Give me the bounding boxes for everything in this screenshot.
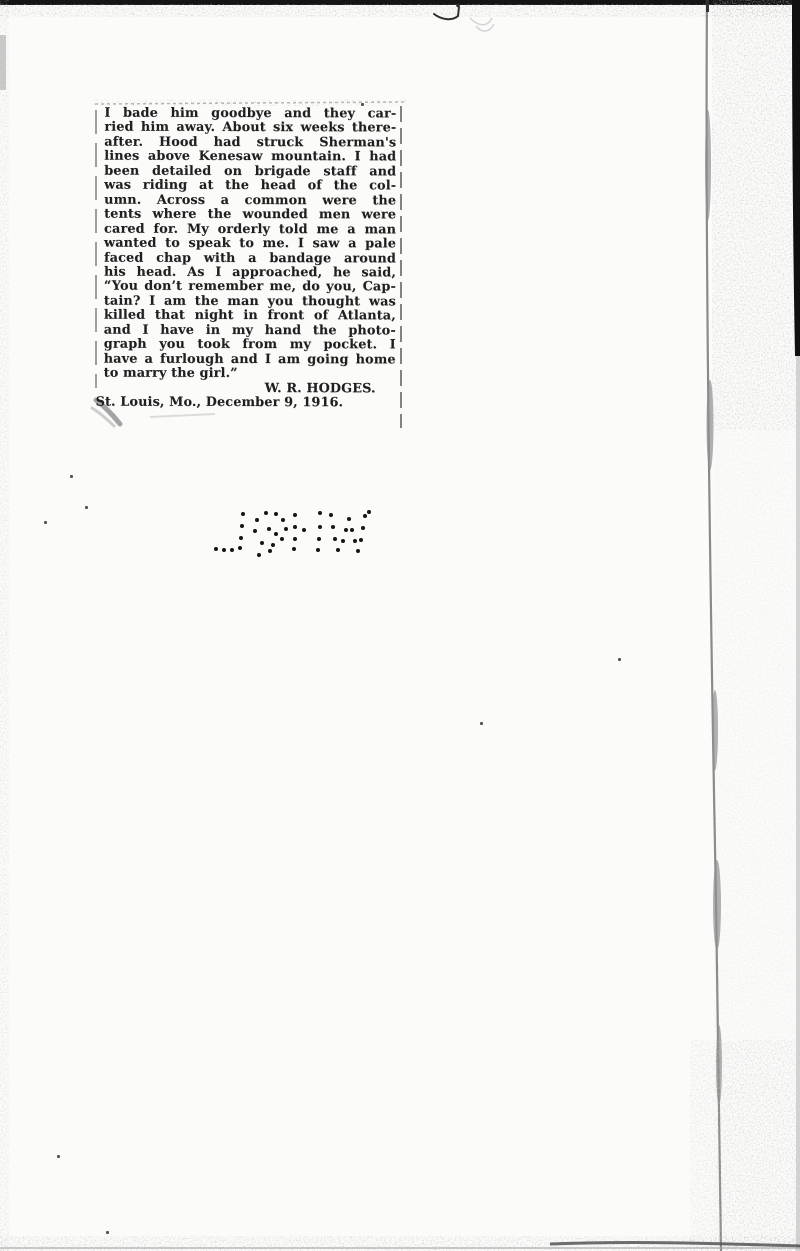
speck bbox=[618, 658, 621, 661]
right-scan-edge bbox=[792, 0, 800, 356]
stamp-dot bbox=[214, 547, 218, 551]
stamp-dot bbox=[316, 548, 320, 552]
stamp-dot bbox=[293, 513, 297, 517]
stamp-dot bbox=[331, 525, 335, 529]
stamp-dot bbox=[292, 547, 296, 551]
stamp-dot bbox=[257, 553, 261, 557]
stamp-dot bbox=[363, 514, 367, 518]
stamp-dot bbox=[271, 543, 275, 547]
ink-smudge-light bbox=[92, 408, 114, 426]
stamp-dot bbox=[274, 512, 278, 516]
stamp-dot bbox=[253, 529, 257, 533]
speck bbox=[70, 475, 73, 478]
stamp-dot bbox=[318, 525, 322, 529]
speck bbox=[480, 722, 483, 725]
stamp-dot bbox=[361, 526, 365, 530]
stamp-dot bbox=[341, 539, 345, 543]
fold-bulge bbox=[713, 860, 721, 950]
fold-line-top bbox=[706, 0, 709, 12]
left-edge-blotch bbox=[0, 35, 6, 90]
fold-bulge bbox=[712, 690, 718, 770]
stamp-dot bbox=[302, 528, 306, 532]
fold-bulge bbox=[707, 380, 714, 470]
stamp-dot bbox=[239, 536, 243, 540]
pen-mark-dot bbox=[456, 4, 460, 8]
stamp-dot bbox=[350, 528, 354, 532]
stamp-dot bbox=[240, 524, 244, 528]
top-scan-edge bbox=[0, 0, 800, 5]
stamp-dot bbox=[318, 511, 322, 515]
newspaper-clipping: I bade him goodbye and they car-ried him… bbox=[93, 101, 408, 411]
stamp-dot bbox=[241, 512, 245, 516]
stamp-dot bbox=[293, 525, 297, 529]
left-noise-band bbox=[0, 0, 9, 1251]
bottom-noise-band bbox=[0, 1236, 800, 1251]
stamp-dot bbox=[264, 511, 268, 515]
stamp-dot bbox=[230, 548, 234, 552]
stamp-dot bbox=[336, 548, 340, 552]
stamp-dot bbox=[267, 527, 271, 531]
stamp-dot bbox=[255, 518, 259, 522]
stamp-dot bbox=[280, 537, 284, 541]
stamp-dot bbox=[367, 510, 371, 514]
stamp-dot bbox=[359, 538, 363, 542]
stamp-dot bbox=[347, 517, 351, 521]
bottom-right-noise bbox=[690, 1040, 800, 1251]
stamp-dot bbox=[356, 549, 360, 553]
top-noise-band bbox=[0, 4, 800, 17]
stamp-dot bbox=[344, 528, 348, 532]
stamp-dot bbox=[293, 537, 297, 541]
pen-check-mark bbox=[434, 7, 459, 19]
stamp-dot bbox=[284, 527, 288, 531]
stamp-dot bbox=[260, 541, 264, 545]
speck bbox=[106, 1231, 109, 1234]
clipping-line: St. Louis, Mo., December 9, 1916. bbox=[96, 396, 396, 411]
clipping-line: to marry the girl.” bbox=[104, 367, 396, 382]
right-noise-upper bbox=[712, 0, 800, 430]
right-edge-lower bbox=[796, 356, 800, 1251]
stamp-dot bbox=[281, 518, 285, 522]
scanned-page: I bade him goodbye and they car-ried him… bbox=[0, 0, 800, 1251]
stamp-dot bbox=[274, 532, 278, 536]
speck bbox=[44, 521, 47, 524]
stamp-dot bbox=[317, 537, 321, 541]
clipping-line: tents where the wounded men were bbox=[104, 208, 396, 223]
stamp-dot bbox=[238, 546, 242, 550]
stamp-dot bbox=[353, 539, 357, 543]
fold-bulge bbox=[716, 1025, 722, 1105]
clipping-text: I bade him goodbye and they car-ried him… bbox=[93, 101, 408, 411]
right-noise-lower bbox=[714, 430, 800, 1251]
clipping-line: wanted to speak to me. I saw a pale bbox=[104, 237, 396, 252]
stamp-dot bbox=[333, 537, 337, 541]
faint-underline-mark bbox=[150, 414, 215, 417]
faint-ghost-curves bbox=[470, 18, 494, 31]
bottom-dark-line bbox=[550, 1243, 800, 1246]
speck bbox=[85, 506, 88, 509]
fold-bulge bbox=[705, 110, 711, 220]
speck bbox=[361, 103, 364, 106]
stamp-dot bbox=[329, 513, 333, 517]
stamp-dot bbox=[268, 549, 272, 553]
page-fold-line bbox=[707, 0, 721, 1251]
speck bbox=[57, 1155, 60, 1158]
stamp-dot bbox=[222, 548, 226, 552]
